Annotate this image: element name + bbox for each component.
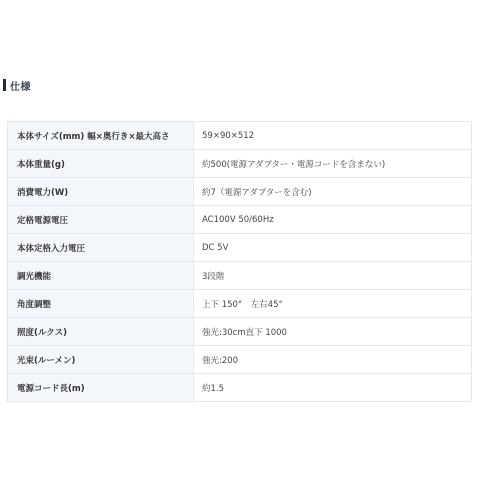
spec-label: 本体サイズ(mm) 幅×奥行き×最大高さ	[8, 122, 194, 150]
heading-bar-icon	[3, 79, 6, 91]
spec-label: 定格電源電圧	[8, 206, 194, 234]
spec-value: DC 5V	[194, 234, 472, 262]
spec-value: 3段階	[194, 262, 472, 290]
spec-value: 約500(電源アダプター・電源コードを含まない)	[194, 150, 472, 178]
spec-value: 上下 150° 左右45°	[194, 290, 472, 318]
spec-value: 約7（電源アダプターを含む)	[194, 178, 472, 206]
spec-label: 本体重量(g)	[8, 150, 194, 178]
table-row: 角度調整 上下 150° 左右45°	[8, 290, 472, 318]
spec-label: 電源コード長(m)	[8, 374, 194, 402]
spec-label: 光束(ルーメン)	[8, 346, 194, 374]
spec-value: AC100V 50/60Hz	[194, 206, 472, 234]
table-row: 照度(ルクス) 強光:30cm直下 1000	[8, 318, 472, 346]
spec-label: 角度調整	[8, 290, 194, 318]
spec-page: 仕様 本体サイズ(mm) 幅×奥行き×最大高さ 59×90×512 本体重量(g…	[0, 0, 480, 480]
spec-value: 59×90×512	[194, 122, 472, 150]
spec-label: 本体定格入力電圧	[8, 234, 194, 262]
table-row: 消費電力(W) 約7（電源アダプターを含む)	[8, 178, 472, 206]
table-row: 光束(ルーメン) 強光:200	[8, 346, 472, 374]
spec-value: 強光:200	[194, 346, 472, 374]
table-row: 本体重量(g) 約500(電源アダプター・電源コードを含まない)	[8, 150, 472, 178]
table-row: 電源コード長(m) 約1.5	[8, 374, 472, 402]
table-row: 本体定格入力電圧 DC 5V	[8, 234, 472, 262]
section-heading: 仕様	[3, 78, 31, 92]
spec-label: 照度(ルクス)	[8, 318, 194, 346]
table-row: 定格電源電圧 AC100V 50/60Hz	[8, 206, 472, 234]
spec-label: 消費電力(W)	[8, 178, 194, 206]
spec-value: 強光:30cm直下 1000	[194, 318, 472, 346]
table-row: 調光機能 3段階	[8, 262, 472, 290]
spec-value: 約1.5	[194, 374, 472, 402]
table-row: 本体サイズ(mm) 幅×奥行き×最大高さ 59×90×512	[8, 122, 472, 150]
spec-table: 本体サイズ(mm) 幅×奥行き×最大高さ 59×90×512 本体重量(g) 約…	[7, 121, 472, 402]
spec-label: 調光機能	[8, 262, 194, 290]
section-title: 仕様	[10, 78, 31, 93]
